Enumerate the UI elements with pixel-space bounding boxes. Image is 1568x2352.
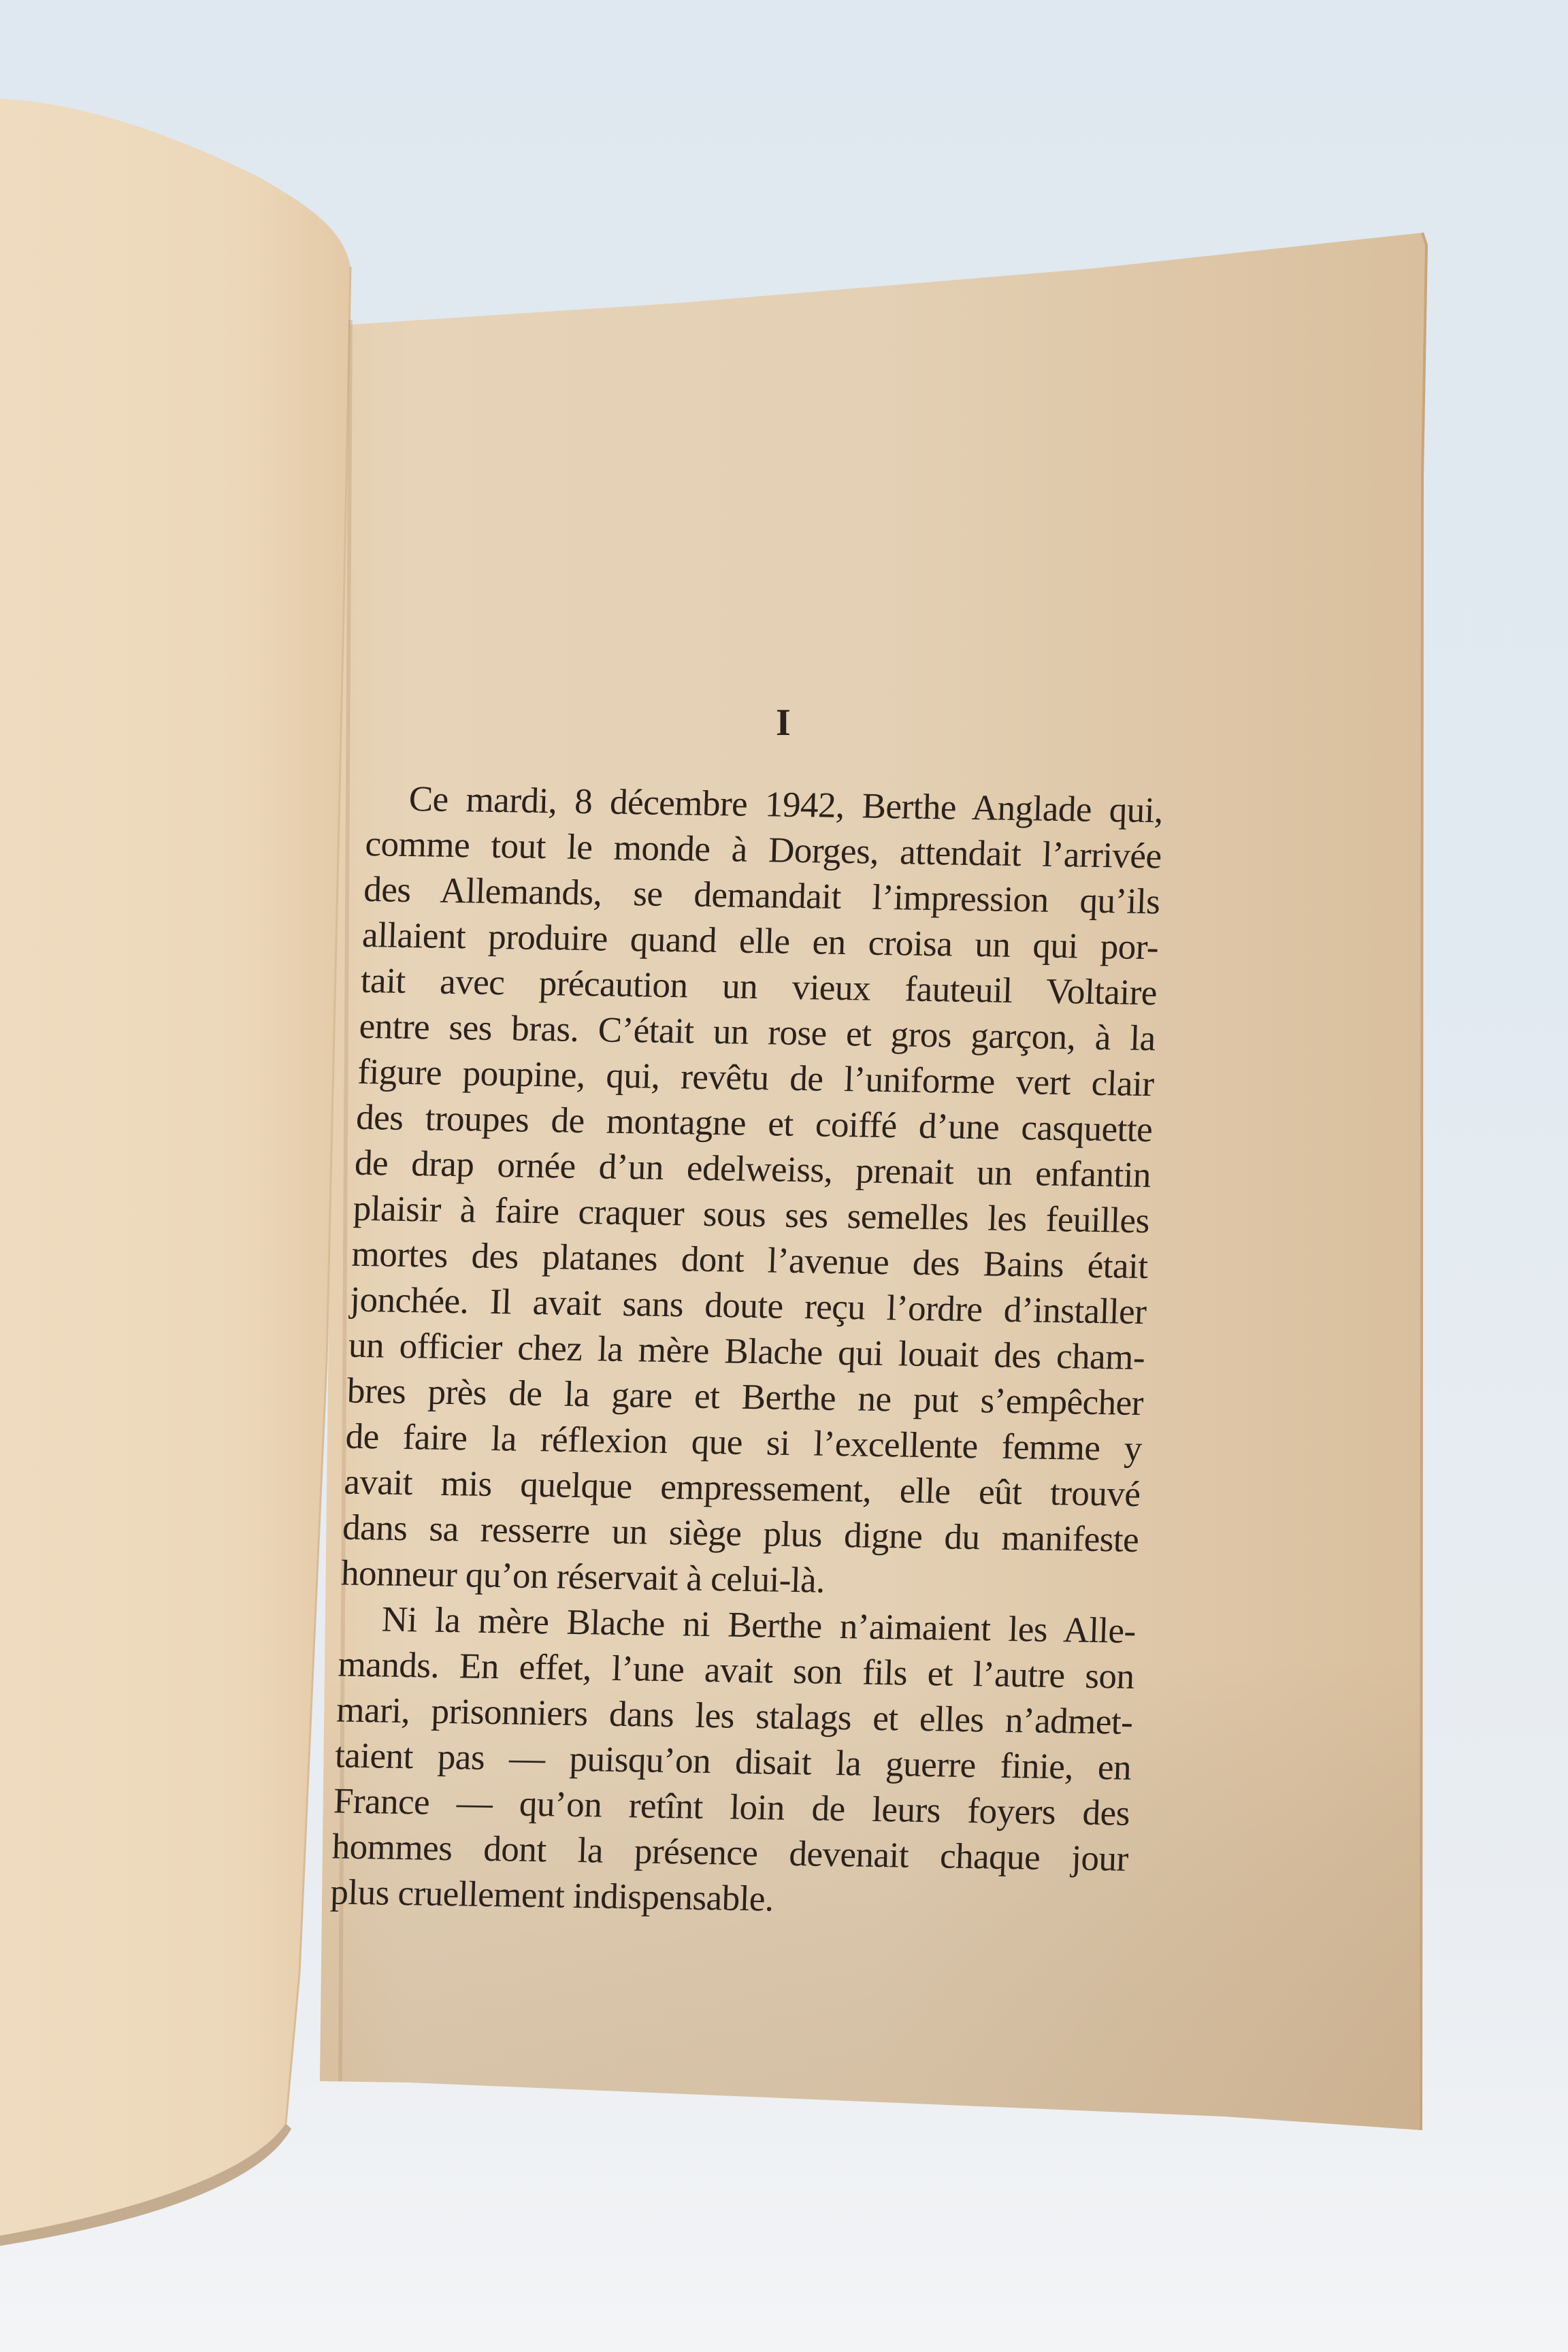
book-photo-scene: I Ce mardi, 8 décembre 1942, Berthe Angl… (0, 0, 1568, 2352)
paragraph-2: Ni la mère Blache ni Berthe n’aimaient l… (329, 1597, 1136, 1928)
paragraph-1: Ce mardi, 8 décembre 1942, Berthe Anglad… (340, 776, 1164, 1609)
page-body-text: Ce mardi, 8 décembre 1942, Berthe Anglad… (329, 776, 1163, 1928)
left-page (0, 99, 350, 2246)
chapter-heading: I (776, 701, 791, 745)
